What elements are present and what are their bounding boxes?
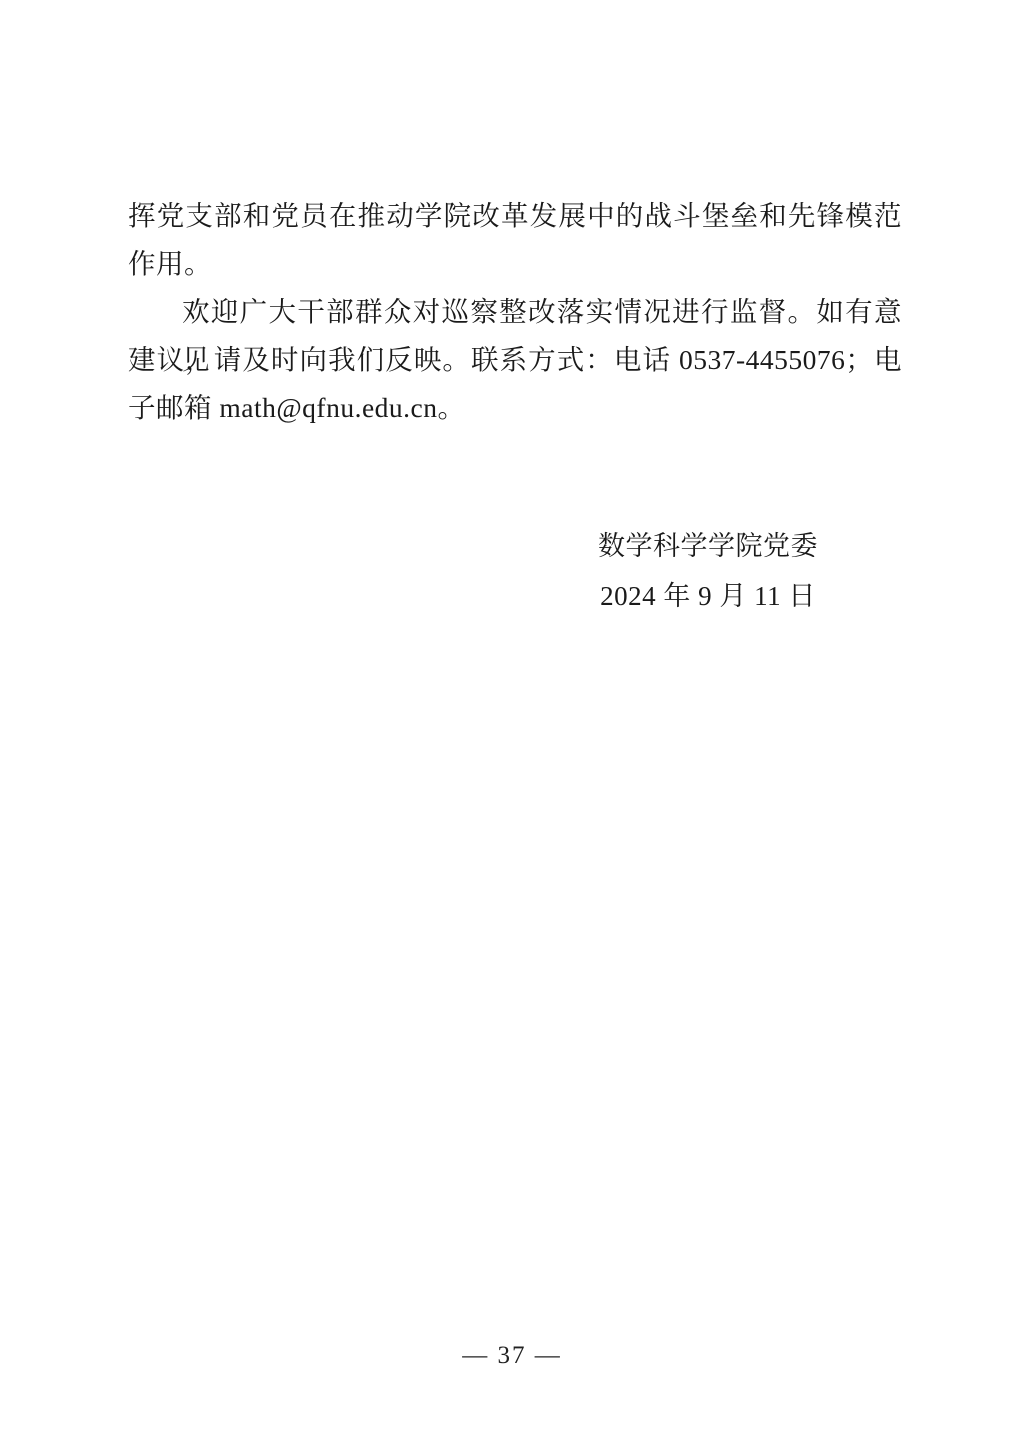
body-line-5: 子邮箱 math@qfnu.edu.cn。 <box>128 384 902 432</box>
body-text-block: 挥党支部和党员在推动学院改革发展中的战斗堡垒和先锋模范 作用。 欢迎广大干部群众… <box>128 192 902 432</box>
body-line-2: 作用。 <box>128 240 902 288</box>
document-page: 挥党支部和党员在推动学院改革发展中的战斗堡垒和先锋模范 作用。 欢迎广大干部群众… <box>0 0 1024 1448</box>
signature-organization: 数学科学学院党委 <box>552 521 864 571</box>
body-line-1: 挥党支部和党员在推动学院改革发展中的战斗堡垒和先锋模范 <box>128 192 902 240</box>
body-line-4: 建议，请及时向我们反映。联系方式：电话 0537-4455076；电 <box>128 336 902 384</box>
signature-date: 2024 年 9 月 11 日 <box>552 571 864 621</box>
page-number: — 37 — <box>462 1342 562 1369</box>
signature-block: 数学科学学院党委 2024 年 9 月 11 日 <box>552 521 864 621</box>
page-footer: — 37 — <box>0 1340 1024 1372</box>
body-line-3: 欢迎广大干部群众对巡察整改落实情况进行监督。如有意见 <box>128 288 902 336</box>
